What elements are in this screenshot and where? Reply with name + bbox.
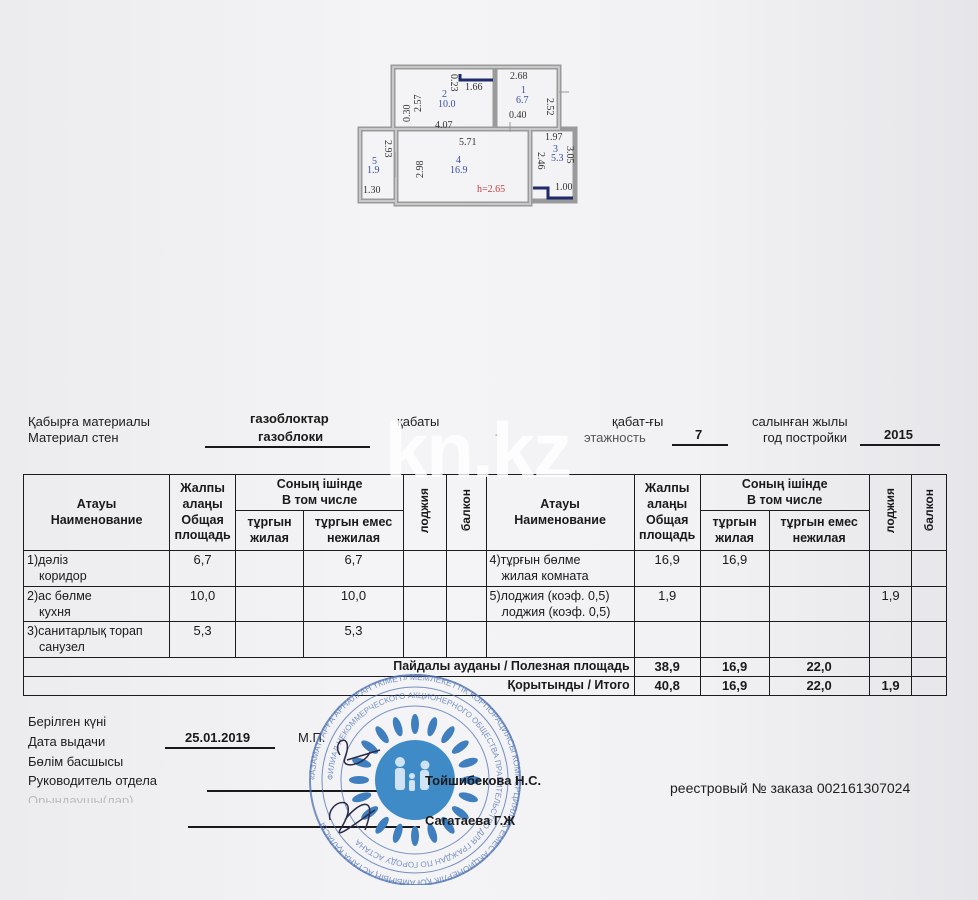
header-balcony-left: балкон bbox=[446, 475, 486, 551]
floor-dash: - bbox=[495, 430, 498, 441]
cell-loggia bbox=[404, 622, 447, 658]
year-underline bbox=[860, 444, 940, 446]
cell-nonliving bbox=[769, 622, 869, 658]
floor-label-kz: қабаты bbox=[397, 414, 439, 429]
cell-nonliving: 5,3 bbox=[303, 622, 403, 658]
svg-text:2.93: 2.93 bbox=[382, 140, 393, 158]
header-including-right: Соның ішіндеВ том числе bbox=[700, 475, 869, 511]
seal-label: М.П. bbox=[298, 730, 325, 745]
svg-text:4.07: 4.07 bbox=[435, 120, 453, 131]
year-label-kz: салынған жылы bbox=[752, 414, 848, 429]
table-row: 2)ас бөлмекухня10,010,05)лоджия (коэф. 0… bbox=[24, 586, 947, 622]
svg-text:2.46: 2.46 bbox=[535, 152, 546, 170]
floors-value: 7 bbox=[695, 427, 702, 442]
year-value: 2015 bbox=[884, 427, 913, 442]
svg-text:2.52: 2.52 bbox=[544, 98, 555, 116]
wall-material-label-kz: Қабырға материалы bbox=[28, 414, 150, 429]
cell-living: 16,9 bbox=[700, 551, 769, 587]
header-name-right: АтауыНаименование bbox=[486, 475, 634, 551]
head-signature-line bbox=[207, 790, 420, 792]
header-nonliving-left: тұргын емеснежилая bbox=[303, 511, 403, 551]
cell-living bbox=[236, 586, 304, 622]
issue-date-label-ru: Дата выдачи bbox=[28, 734, 105, 749]
cell-total: 10,0 bbox=[170, 586, 236, 622]
wall-material-underline bbox=[205, 446, 370, 448]
summary-loggia bbox=[869, 657, 912, 676]
svg-text:5.3: 5.3 bbox=[551, 153, 564, 164]
head-name: Тойшибекова Н.С. bbox=[425, 773, 541, 788]
table-row: 3)санитарлық торапсанузел5,35,3 bbox=[24, 622, 947, 658]
floors-underline bbox=[672, 444, 728, 446]
header-balcony-right: балкон bbox=[912, 475, 947, 551]
header-nonliving-right: тұргын емеснежилая bbox=[769, 511, 869, 551]
svg-text:10.0: 10.0 bbox=[438, 99, 456, 110]
svg-text:1.66: 1.66 bbox=[465, 82, 483, 93]
header-total-right: ЖалпыалаңыОбщаяплощадь bbox=[634, 475, 700, 551]
cell-nonliving: 10,0 bbox=[303, 586, 403, 622]
summary-row-grand-total: Қорытынды / Итого40,816,922,01,9 bbox=[24, 676, 947, 695]
svg-text:1.9: 1.9 bbox=[367, 165, 380, 176]
summary-loggia: 1,9 bbox=[869, 676, 912, 695]
year-label-ru: год постройки bbox=[763, 430, 847, 445]
floor-plan: 2.68 2.52 0.40 1.66 0.23 2.57 0.30 4.07 … bbox=[355, 62, 585, 210]
summary-row-useful-area: Пайдалы ауданы / Полезная площадь38,916,… bbox=[24, 657, 947, 676]
row-name: 2)ас бөлмекухня bbox=[24, 586, 170, 622]
executor-signature-line bbox=[188, 826, 420, 828]
svg-text:1.00: 1.00 bbox=[555, 182, 573, 193]
svg-text:1.97: 1.97 bbox=[545, 132, 563, 143]
header-loggia-left: лоджия bbox=[404, 475, 447, 551]
cell-total: 5,3 bbox=[170, 622, 236, 658]
cell-total: 6,7 bbox=[170, 551, 236, 587]
header-living-left: тұргынжилая bbox=[236, 511, 304, 551]
summary-nonliving: 22,0 bbox=[769, 676, 869, 695]
cell-loggia bbox=[404, 586, 447, 622]
row-name: 3)санитарлық торапсанузел bbox=[24, 622, 170, 658]
svg-text:5.71: 5.71 bbox=[459, 137, 477, 148]
summary-total: 40,8 bbox=[634, 676, 700, 695]
header-total-left: ЖалпыалаңыОбщаяплощадь bbox=[170, 475, 236, 551]
summary-label: Қорытынды / Итого bbox=[24, 676, 635, 695]
row-name: 1)дәлізкоридор bbox=[24, 551, 170, 587]
cell-balcony bbox=[446, 622, 486, 658]
svg-text:6.7: 6.7 bbox=[516, 95, 529, 106]
floors-label-ru: этажность bbox=[584, 430, 646, 445]
cell-living bbox=[236, 622, 304, 658]
cell-loggia bbox=[404, 551, 447, 587]
svg-text:1.30: 1.30 bbox=[363, 185, 381, 196]
cell-living bbox=[236, 551, 304, 587]
issue-date-label-kz: Берілген күні bbox=[28, 714, 106, 729]
cell-loggia bbox=[869, 622, 912, 658]
executor-name: Сагатаева Г.Ж bbox=[425, 813, 515, 828]
cell-loggia: 1,9 bbox=[869, 586, 912, 622]
cell-total bbox=[634, 622, 700, 658]
row-name bbox=[486, 622, 634, 658]
row-name: 5)лоджия (коэф. 0,5)лоджия (коэф. 0,5) bbox=[486, 586, 634, 622]
cell-living bbox=[700, 586, 769, 622]
cell-total: 1,9 bbox=[634, 586, 700, 622]
summary-nonliving: 22,0 bbox=[769, 657, 869, 676]
table-row: 1)дәлізкоридор6,76,74)тұрғын бөлмежилая … bbox=[24, 551, 947, 587]
registry-number: реестровый № заказа 002161307024 bbox=[670, 780, 910, 796]
issue-date-value: 25.01.2019 bbox=[185, 730, 250, 745]
cell-balcony bbox=[446, 551, 486, 587]
executor-label-kz: Орындаушы(лар), bbox=[28, 793, 137, 803]
svg-text:0.30: 0.30 bbox=[402, 105, 413, 123]
cell-living bbox=[700, 622, 769, 658]
cell-balcony bbox=[912, 622, 947, 658]
cell-total: 16,9 bbox=[634, 551, 700, 587]
wall-material-value-kz: газоблоктар bbox=[250, 411, 329, 426]
summary-balcony bbox=[912, 676, 947, 695]
cell-nonliving bbox=[769, 551, 869, 587]
svg-text:2.68: 2.68 bbox=[510, 71, 528, 82]
cell-nonliving bbox=[769, 586, 869, 622]
issue-date-underline bbox=[165, 747, 275, 749]
wall-material-value-ru: газоблоки bbox=[258, 429, 323, 444]
cell-nonliving: 6,7 bbox=[303, 551, 403, 587]
summary-balcony bbox=[912, 657, 947, 676]
header-loggia-right: лоджия bbox=[869, 475, 912, 551]
floors-label-kz: қабат-ғы bbox=[612, 414, 663, 429]
floor-plan-drawing: 2.68 2.52 0.40 1.66 0.23 2.57 0.30 4.07 … bbox=[355, 62, 585, 210]
cell-loggia bbox=[869, 551, 912, 587]
svg-text:2.57: 2.57 bbox=[413, 95, 424, 113]
svg-text:2.98: 2.98 bbox=[415, 161, 426, 179]
area-table: АтауыНаименование ЖалпыалаңыОбщаяплощадь… bbox=[23, 474, 947, 696]
cell-balcony bbox=[912, 586, 947, 622]
row-name: 4)тұрғын бөлмежилая комната bbox=[486, 551, 634, 587]
summary-total: 38,9 bbox=[634, 657, 700, 676]
svg-text:3.05: 3.05 bbox=[564, 146, 575, 164]
svg-text:h=2.65: h=2.65 bbox=[477, 184, 505, 195]
svg-text:16.9: 16.9 bbox=[450, 165, 468, 176]
wall-material-label-ru: Материал стен bbox=[28, 430, 119, 445]
svg-text:0.23: 0.23 bbox=[448, 74, 459, 92]
cell-balcony bbox=[912, 551, 947, 587]
summary-living: 16,9 bbox=[700, 676, 769, 695]
svg-text:0.40: 0.40 bbox=[509, 110, 527, 121]
cell-balcony bbox=[446, 586, 486, 622]
summary-living: 16,9 bbox=[700, 657, 769, 676]
summary-label: Пайдалы ауданы / Полезная площадь bbox=[24, 657, 635, 676]
header-including-left: Соның ішіндеВ том числе bbox=[236, 475, 404, 511]
header-living-right: тұргынжилая bbox=[700, 511, 769, 551]
head-label-ru: Руководитель отдела bbox=[28, 773, 157, 788]
header-name-left: АтауыНаименование bbox=[24, 475, 170, 551]
head-label-kz: Бөлім басшысы bbox=[28, 754, 123, 769]
